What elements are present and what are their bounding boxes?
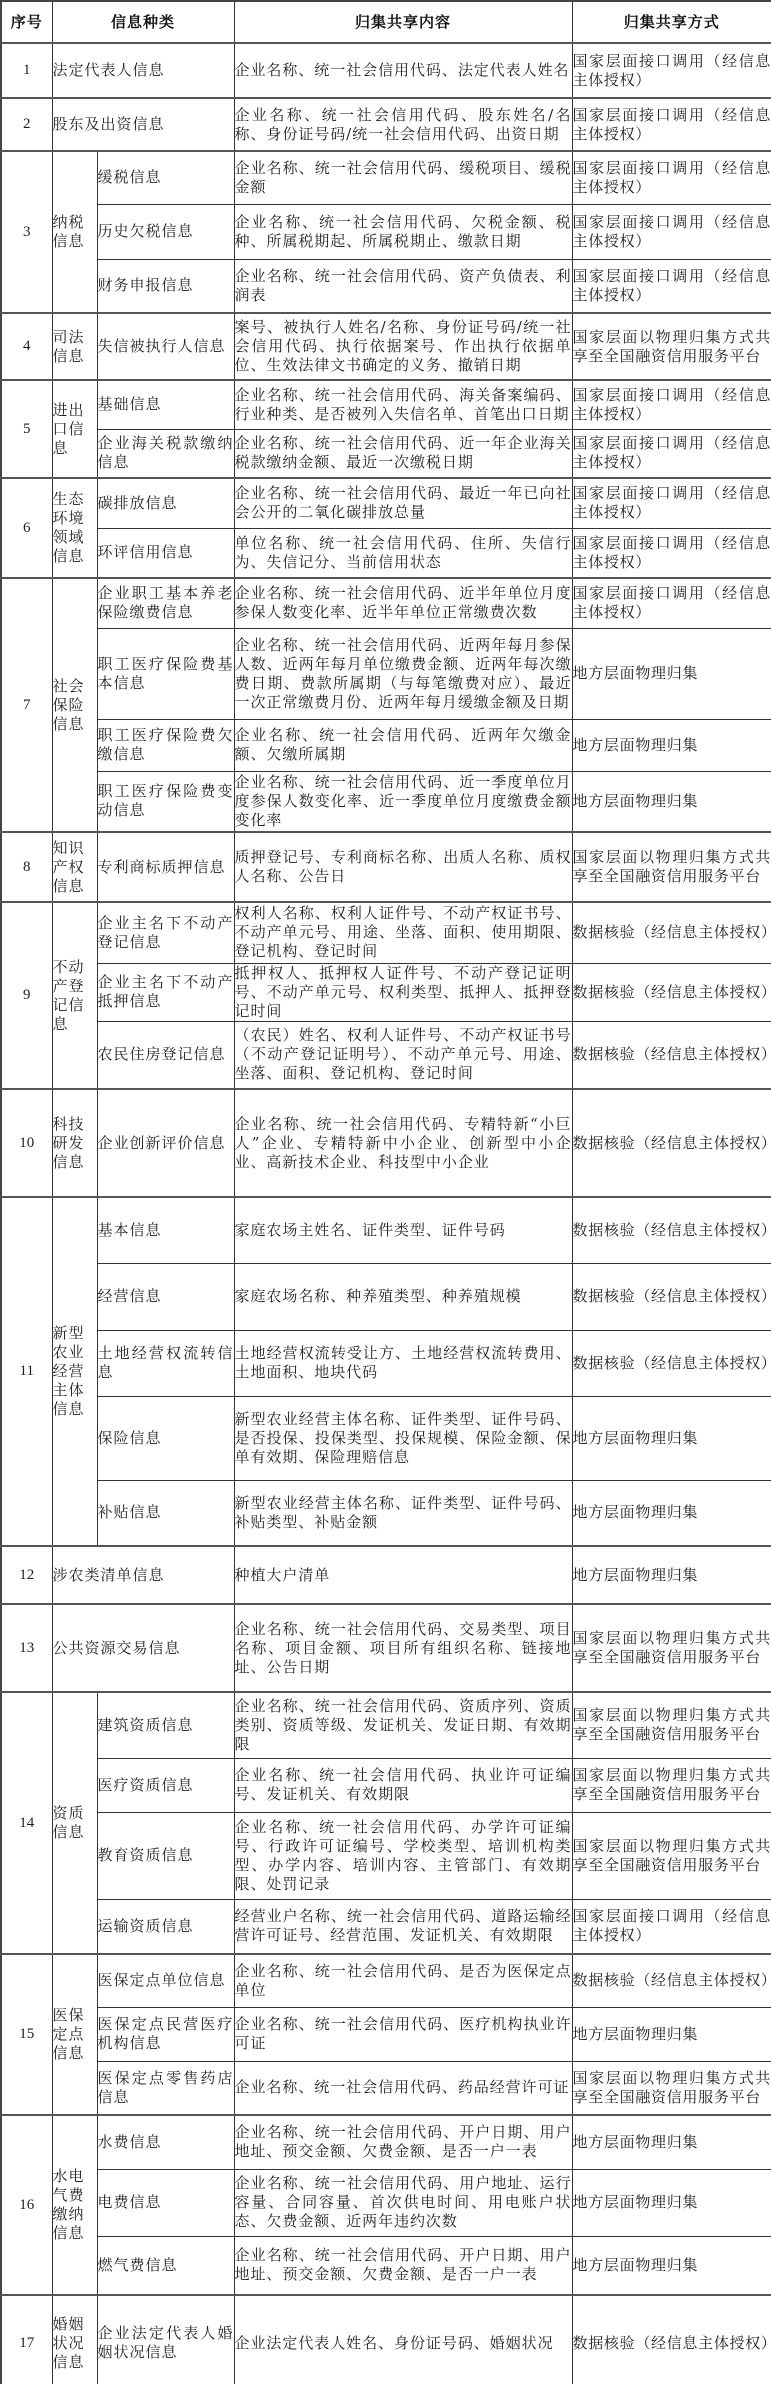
content-cell: 新型农业经营主体名称、证件类型、证件号码、是否投保、投保类型、投保规模、保险金额…: [234, 1396, 572, 1480]
seq-cell: 7: [1, 578, 52, 832]
seq-cell: 6: [1, 478, 52, 578]
category-cell: 涉农类清单信息: [52, 1546, 234, 1604]
item-name: 水费信息: [97, 2115, 234, 2169]
table-row: 职工医疗保险费基本信息企业名称、统一社会信用代码、近两年每月参保人数、近两年每月…: [1, 628, 771, 719]
table-row: 教育资质信息企业名称、统一社会信用代码、办学许可证编号、行政许可证编号、学校类型…: [1, 1812, 771, 1899]
seq-cell: 13: [1, 1604, 52, 1692]
group-label: 科技研发信息: [52, 1089, 97, 1197]
method-cell: 国家层面接口调用（经信息主体授权）: [572, 528, 771, 578]
content-cell: 企业名称、统一社会信用代码、法定代表人姓名: [234, 43, 572, 98]
info-sharing-table: 序号 信息种类 归集共享内容 归集共享方式 1法定代表人信息企业名称、统一社会信…: [0, 0, 771, 2384]
table-row: 医保定点民营医疗机构信息企业名称、统一社会信用代码、医疗机构执业许可证地方层面物…: [1, 2007, 771, 2061]
method-cell: 地方层面物理归集: [572, 2169, 771, 2236]
content-cell: 企业名称、统一社会信用代码、医疗机构执业许可证: [234, 2007, 572, 2061]
item-name: 失信被执行人信息: [97, 313, 234, 380]
table-row: 13公共资源交易信息企业名称、统一社会信用代码、交易类型、项目名称、项目金额、项…: [1, 1604, 771, 1692]
seq-cell: 1: [1, 43, 52, 98]
content-cell: 企业名称、统一社会信用代码、用户地址、运行容量、合同容量、首次供电时间、用电账户…: [234, 2169, 572, 2236]
table-row: 燃气费信息企业名称、统一社会信用代码、开户日期、用户地址、预交金额、欠费金额、是…: [1, 2236, 771, 2295]
item-name: 运输资质信息: [97, 1899, 234, 1954]
content-cell: 案号、被执行人姓名/名称、身份证号码/统一社会信用代码、执行依据案号、作出执行依…: [234, 313, 572, 380]
table-row: 7社会保险信息企业职工基本养老保险缴费信息企业名称、统一社会信用代码、近半年单位…: [1, 578, 771, 628]
content-cell: 权利人名称、权利人证件号、不动产权证书号、不动产单元号、用途、坐落、面积、使用期…: [234, 902, 572, 963]
group-label: 医保定点信息: [52, 1954, 97, 2115]
method-cell: 国家层面以物理归集方式共享至全国融资信用服务平台: [572, 2061, 771, 2115]
content-cell: 家庭农场主姓名、证件类型、证件号码: [234, 1197, 572, 1263]
method-cell: 国家层面以物理归集方式共享至全国融资信用服务平台: [572, 1758, 771, 1812]
method-cell: 地方层面物理归集: [572, 1396, 771, 1480]
method-cell: 数据核验（经信息主体授权）: [572, 1197, 771, 1263]
method-cell: 国家层面以物理归集方式共享至全国融资信用服务平台: [572, 313, 771, 380]
seq-cell: 11: [1, 1197, 52, 1546]
content-cell: 企业法定代表人姓名、身份证号码、婚姻状况: [234, 2295, 572, 2384]
content-cell: 企业名称、统一社会信用代码、近一年企业海关税款缴纳金额、最近一次缴税日期: [234, 429, 572, 478]
method-cell: 国家层面接口调用（经信息主体授权）: [572, 151, 771, 204]
table-row: 9不动产登记信息企业主名下不动产登记信息权利人名称、权利人证件号、不动产权证书号…: [1, 902, 771, 963]
table-row: 保险信息新型农业经营主体名称、证件类型、证件号码、是否投保、投保类型、投保规模、…: [1, 1396, 771, 1480]
table-row: 17婚姻状况信息企业法定代表人婚姻状况信息企业法定代表人姓名、身份证号码、婚姻状…: [1, 2295, 771, 2384]
group-label: 婚姻状况信息: [52, 2295, 97, 2384]
content-cell: 企业名称、统一社会信用代码、开户日期、用户地址、预交金额、欠费金额、是否一户一表: [234, 2236, 572, 2295]
method-cell: 国家层面接口调用（经信息主体授权）: [572, 1899, 771, 1954]
item-name: 历史欠税信息: [97, 204, 234, 259]
group-label: 资质信息: [52, 1692, 97, 1954]
group-label: 生态环境领域信息: [52, 478, 97, 578]
header-category: 信息种类: [52, 1, 234, 43]
method-cell: 国家层面以物理归集方式共享至全国融资信用服务平台: [572, 1692, 771, 1758]
table-body: 1法定代表人信息企业名称、统一社会信用代码、法定代表人姓名国家层面接口调用（经信…: [1, 43, 771, 2384]
content-cell: 企业名称、统一社会信用代码、近两年每月参保人数、近两年每月单位缴费金额、近两年每…: [234, 628, 572, 719]
table-row: 12涉农类清单信息种植大户清单地方层面物理归集: [1, 1546, 771, 1604]
table-row: 3纳税信息缓税信息企业名称、统一社会信用代码、缓税项目、缓税金额国家层面接口调用…: [1, 151, 771, 204]
method-cell: 国家层面以物理归集方式共享至全国融资信用服务平台: [572, 1812, 771, 1899]
method-cell: 数据核验（经信息主体授权）: [572, 1330, 771, 1396]
table-row: 14资质信息建筑资质信息企业名称、统一社会信用代码、资质序列、资质类别、资质等级…: [1, 1692, 771, 1758]
group-label: 不动产登记信息: [52, 902, 97, 1089]
item-name: 医保定点单位信息: [97, 1954, 234, 2007]
method-cell: 地方层面物理归集: [572, 628, 771, 719]
seq-cell: 5: [1, 380, 52, 478]
content-cell: 质押登记号、专利商标名称、出质人名称、质权人名称、公告日: [234, 832, 572, 902]
header-method: 归集共享方式: [572, 1, 771, 43]
group-label: 水电气费缴纳信息: [52, 2115, 97, 2295]
item-name: 建筑资质信息: [97, 1692, 234, 1758]
table-row: 6生态环境领域信息碳排放信息企业名称、统一社会信用代码、最近一年已向社会公开的二…: [1, 478, 771, 528]
table-row: 10科技研发信息企业创新评价信息企业名称、统一社会信用代码、专精特新“小巨人”企…: [1, 1089, 771, 1197]
group-label: 新型农业经营主体信息: [52, 1197, 97, 1546]
table-row: 企业主名下不动产抵押信息抵押权人、抵押权人证件号、不动产登记证明号、不动产单元号…: [1, 963, 771, 1021]
item-name: 碳排放信息: [97, 478, 234, 528]
table-row: 医疗资质信息企业名称、统一社会信用代码、执业许可证编号、发证机关、有效期限国家层…: [1, 1758, 771, 1812]
table-row: 电费信息企业名称、统一社会信用代码、用户地址、运行容量、合同容量、首次供电时间、…: [1, 2169, 771, 2236]
item-name: 补贴信息: [97, 1480, 234, 1546]
method-cell: 数据核验（经信息主体授权）: [572, 2295, 771, 2384]
group-label: 知识产权信息: [52, 832, 97, 902]
table-row: 财务申报信息企业名称、统一社会信用代码、资产负债表、利润表国家层面接口调用（经信…: [1, 259, 771, 313]
content-cell: 企业名称、统一社会信用代码、药品经营许可证: [234, 2061, 572, 2115]
item-name: 职工医疗保险费基本信息: [97, 628, 234, 719]
seq-cell: 17: [1, 2295, 52, 2384]
content-cell: 企业名称、统一社会信用代码、执业许可证编号、发证机关、有效期限: [234, 1758, 572, 1812]
content-cell: 单位名称、统一社会信用代码、住所、失信行为、失信记分、当前信用状态: [234, 528, 572, 578]
method-cell: 数据核验（经信息主体授权）: [572, 1021, 771, 1089]
item-name: 企业主名下不动产登记信息: [97, 902, 234, 963]
seq-cell: 14: [1, 1692, 52, 1954]
seq-cell: 3: [1, 151, 52, 313]
item-name: 企业职工基本养老保险缴费信息: [97, 578, 234, 628]
item-name: 基本信息: [97, 1197, 234, 1263]
content-cell: 企业名称、统一社会信用代码、近两年欠缴金额、欠缴所属期: [234, 719, 572, 771]
group-label: 司法信息: [52, 313, 97, 380]
content-cell: 种植大户清单: [234, 1546, 572, 1604]
header-content: 归集共享内容: [234, 1, 572, 43]
group-label: 纳税信息: [52, 151, 97, 313]
method-cell: 国家层面接口调用（经信息主体授权）: [572, 380, 771, 429]
method-cell: 地方层面物理归集: [572, 1546, 771, 1604]
content-cell: 企业名称、统一社会信用代码、海关备案编码、行业种类、是否被列入失信名单、首笔出口…: [234, 380, 572, 429]
category-cell: 法定代表人信息: [52, 43, 234, 98]
content-cell: 企业名称、统一社会信用代码、是否为医保定点单位: [234, 1954, 572, 2007]
item-name: 职工医疗保险费欠缴信息: [97, 719, 234, 771]
method-cell: 地方层面物理归集: [572, 2007, 771, 2061]
item-name: 专利商标质押信息: [97, 832, 234, 902]
content-cell: 抵押权人、抵押权人证件号、不动产登记证明号、不动产单元号、权利类型、抵押人、抵押…: [234, 963, 572, 1021]
content-cell: 企业名称、统一社会信用代码、开户日期、用户地址、预交金额、欠费金额、是否一户一表: [234, 2115, 572, 2169]
content-cell: 企业名称、统一社会信用代码、近半年单位月度参保人数变化率、近半年单位正常缴费次数: [234, 578, 572, 628]
content-cell: 企业名称、统一社会信用代码、办学许可证编号、行政许可证编号、学校类型、培训机构类…: [234, 1812, 572, 1899]
method-cell: 国家层面接口调用（经信息主体授权）: [572, 429, 771, 478]
content-cell: 企业名称、统一社会信用代码、缓税项目、缓税金额: [234, 151, 572, 204]
item-name: 教育资质信息: [97, 1812, 234, 1899]
table-row: 企业海关税款缴纳信息企业名称、统一社会信用代码、近一年企业海关税款缴纳金额、最近…: [1, 429, 771, 478]
seq-cell: 4: [1, 313, 52, 380]
group-label: 进出口信息: [52, 380, 97, 478]
table-row: 经营信息家庭农场名称、种养殖类型、种养殖规模数据核验（经信息主体授权）: [1, 1263, 771, 1330]
item-name: 医保定点民营医疗机构信息: [97, 2007, 234, 2061]
item-name: 企业海关税款缴纳信息: [97, 429, 234, 478]
content-cell: 企业名称、统一社会信用代码、欠税金额、税种、所属税期起、所属税期止、缴款日期: [234, 204, 572, 259]
table-row: 土地经营权流转信息土地经营权流转受让方、土地经营权流转费用、土地面积、地块代码数…: [1, 1330, 771, 1396]
content-cell: 家庭农场名称、种养殖类型、种养殖规模: [234, 1263, 572, 1330]
table-row: 历史欠税信息企业名称、统一社会信用代码、欠税金额、税种、所属税期起、所属税期止、…: [1, 204, 771, 259]
table-row: 16水电气费缴纳信息水费信息企业名称、统一社会信用代码、开户日期、用户地址、预交…: [1, 2115, 771, 2169]
method-cell: 数据核验（经信息主体授权）: [572, 1263, 771, 1330]
seq-cell: 9: [1, 902, 52, 1089]
header-row: 序号 信息种类 归集共享内容 归集共享方式: [1, 1, 771, 43]
method-cell: 数据核验（经信息主体授权）: [572, 963, 771, 1021]
method-cell: 数据核验（经信息主体授权）: [572, 1089, 771, 1197]
item-name: 企业创新评价信息: [97, 1089, 234, 1197]
table-row: 职工医疗保险费变动信息企业名称、统一社会信用代码、近一季度单位月度参保人数变化率…: [1, 771, 771, 832]
content-cell: 企业名称、统一社会信用代码、资产负债表、利润表: [234, 259, 572, 313]
method-cell: 国家层面接口调用（经信息主体授权）: [572, 259, 771, 313]
seq-cell: 15: [1, 1954, 52, 2115]
item-name: 企业主名下不动产抵押信息: [97, 963, 234, 1021]
item-name: 土地经营权流转信息: [97, 1330, 234, 1396]
item-name: 保险信息: [97, 1396, 234, 1480]
seq-cell: 2: [1, 98, 52, 151]
table-row: 4司法信息失信被执行人信息案号、被执行人姓名/名称、身份证号码/统一社会信用代码…: [1, 313, 771, 380]
item-name: 电费信息: [97, 2169, 234, 2236]
method-cell: 地方层面物理归集: [572, 2236, 771, 2295]
item-name: 职工医疗保险费变动信息: [97, 771, 234, 832]
table-row: 运输资质信息经营业户名称、统一社会信用代码、道路运输经营许可证号、经营范围、发证…: [1, 1899, 771, 1954]
table-row: 补贴信息新型农业经营主体名称、证件类型、证件号码、补贴类型、补贴金额地方层面物理…: [1, 1480, 771, 1546]
method-cell: 地方层面物理归集: [572, 719, 771, 771]
method-cell: 数据核验（经信息主体授权）: [572, 902, 771, 963]
item-name: 缓税信息: [97, 151, 234, 204]
method-cell: 国家层面接口调用（经信息主体授权）: [572, 43, 771, 98]
method-cell: 国家层面接口调用（经信息主体授权）: [572, 204, 771, 259]
item-name: 燃气费信息: [97, 2236, 234, 2295]
method-cell: 地方层面物理归集: [572, 1480, 771, 1546]
content-cell: 新型农业经营主体名称、证件类型、证件号码、补贴类型、补贴金额: [234, 1480, 572, 1546]
item-name: 经营信息: [97, 1263, 234, 1330]
table-row: 农民住房登记信息（农民）姓名、权利人证件号、不动产权证书号（不动产登记证明号）、…: [1, 1021, 771, 1089]
table-row: 职工医疗保险费欠缴信息企业名称、统一社会信用代码、近两年欠缴金额、欠缴所属期地方…: [1, 719, 771, 771]
method-cell: 地方层面物理归集: [572, 2115, 771, 2169]
table-row: 11新型农业经营主体信息基本信息家庭农场主姓名、证件类型、证件号码数据核验（经信…: [1, 1197, 771, 1263]
seq-cell: 12: [1, 1546, 52, 1604]
method-cell: 国家层面接口调用（经信息主体授权）: [572, 478, 771, 528]
table-row: 5进出口信息基础信息企业名称、统一社会信用代码、海关备案编码、行业种类、是否被列…: [1, 380, 771, 429]
item-name: 基础信息: [97, 380, 234, 429]
item-name: 企业法定代表人婚姻状况信息: [97, 2295, 234, 2384]
content-cell: 企业名称、统一社会信用代码、交易类型、项目名称、项目金额、项目所有组织名称、链接…: [234, 1604, 572, 1692]
content-cell: （农民）姓名、权利人证件号、不动产权证书号（不动产登记证明号）、不动产单元号、用…: [234, 1021, 572, 1089]
content-cell: 土地经营权流转受让方、土地经营权流转费用、土地面积、地块代码: [234, 1330, 572, 1396]
item-name: 农民住房登记信息: [97, 1021, 234, 1089]
content-cell: 企业名称、统一社会信用代码、专精特新“小巨人”企业、专精特新中小企业、创新型中小…: [234, 1089, 572, 1197]
content-cell: 企业名称、统一社会信用代码、最近一年已向社会公开的二氧化碳排放总量: [234, 478, 572, 528]
method-cell: 国家层面接口调用（经信息主体授权）: [572, 98, 771, 151]
seq-cell: 16: [1, 2115, 52, 2295]
item-name: 环评信用信息: [97, 528, 234, 578]
table-row: 2股东及出资信息企业名称、统一社会信用代码、股东姓名/名称、身份证号码/统一社会…: [1, 98, 771, 151]
category-cell: 股东及出资信息: [52, 98, 234, 151]
method-cell: 地方层面物理归集: [572, 771, 771, 832]
table-row: 15医保定点信息医保定点单位信息企业名称、统一社会信用代码、是否为医保定点单位数…: [1, 1954, 771, 2007]
table-row: 8知识产权信息专利商标质押信息质押登记号、专利商标名称、出质人名称、质权人名称、…: [1, 832, 771, 902]
content-cell: 企业名称、统一社会信用代码、近一季度单位月度参保人数变化率、近一季度单位月度缴费…: [234, 771, 572, 832]
item-name: 医疗资质信息: [97, 1758, 234, 1812]
seq-cell: 10: [1, 1089, 52, 1197]
header-seq: 序号: [1, 1, 52, 43]
table-row: 环评信用信息单位名称、统一社会信用代码、住所、失信行为、失信记分、当前信用状态国…: [1, 528, 771, 578]
method-cell: 数据核验（经信息主体授权）: [572, 1954, 771, 2007]
item-name: 财务申报信息: [97, 259, 234, 313]
content-cell: 经营业户名称、统一社会信用代码、道路运输经营许可证号、经营范围、发证机关、有效期…: [234, 1899, 572, 1954]
category-cell: 公共资源交易信息: [52, 1604, 234, 1692]
method-cell: 国家层面以物理归集方式共享至全国融资信用服务平台: [572, 832, 771, 902]
method-cell: 国家层面接口调用（经信息主体授权）: [572, 578, 771, 628]
content-cell: 企业名称、统一社会信用代码、资质序列、资质类别、资质等级、发证机关、发证日期、有…: [234, 1692, 572, 1758]
group-label: 社会保险信息: [52, 578, 97, 832]
table-row: 医保定点零售药店信息企业名称、统一社会信用代码、药品经营许可证国家层面以物理归集…: [1, 2061, 771, 2115]
seq-cell: 8: [1, 832, 52, 902]
method-cell: 国家层面以物理归集方式共享至全国融资信用服务平台: [572, 1604, 771, 1692]
table-row: 1法定代表人信息企业名称、统一社会信用代码、法定代表人姓名国家层面接口调用（经信…: [1, 43, 771, 98]
item-name: 医保定点零售药店信息: [97, 2061, 234, 2115]
content-cell: 企业名称、统一社会信用代码、股东姓名/名称、身份证号码/统一社会信用代码、出资日…: [234, 98, 572, 151]
